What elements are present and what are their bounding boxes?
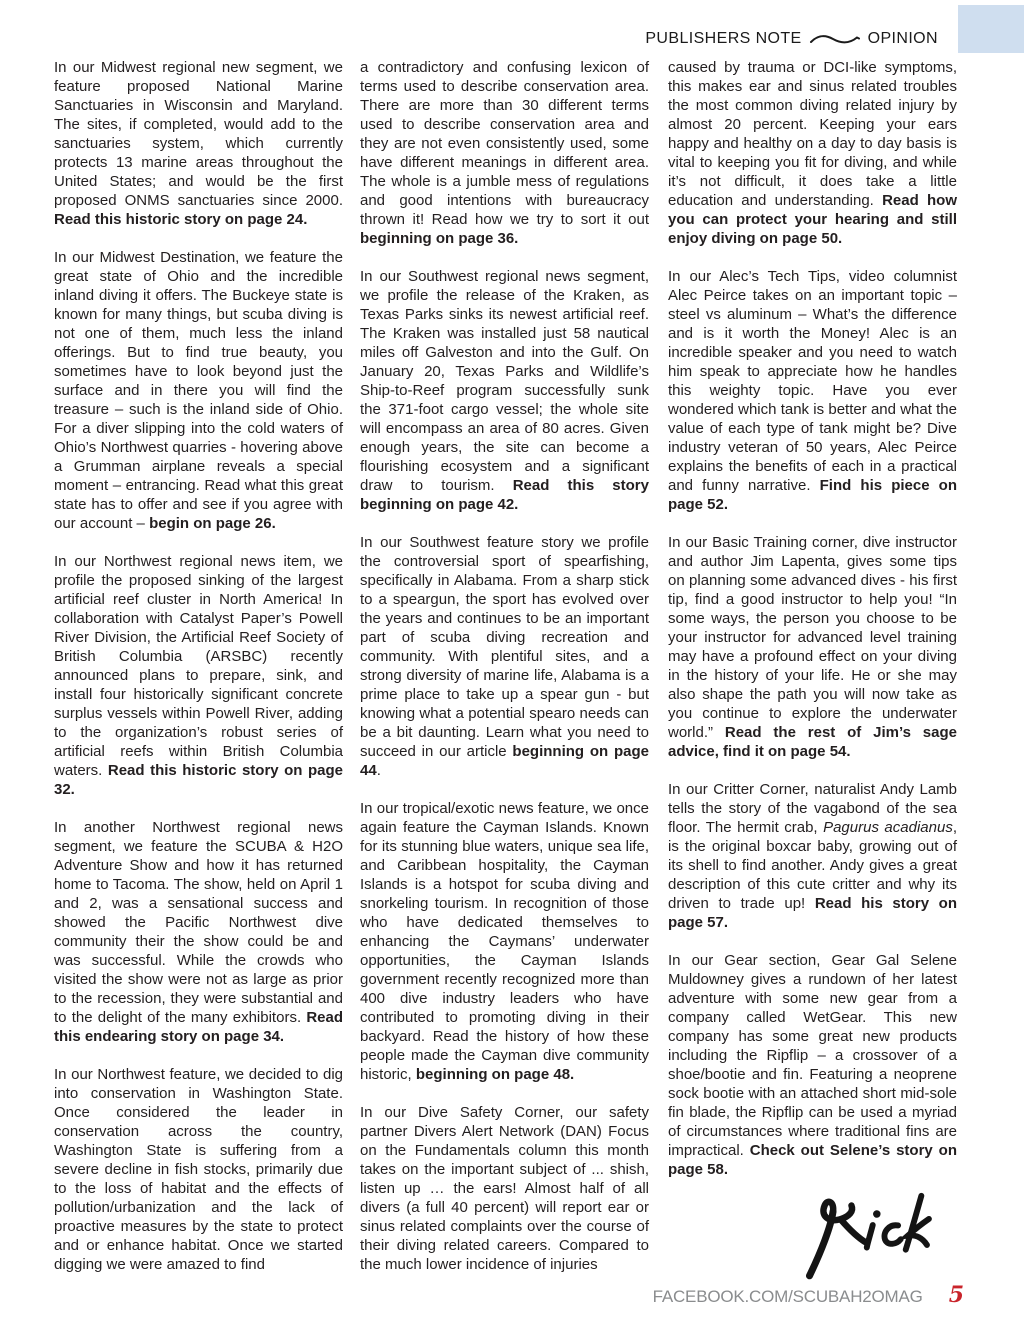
body-text: In our Midwest Destination, we feature t… xyxy=(54,249,343,532)
body-text: In our Northwest regional news item, we … xyxy=(54,553,343,779)
swash-tilde-icon xyxy=(809,33,861,46)
page-number: 5 xyxy=(949,1282,964,1308)
page-reference-text: beginning on page 36. xyxy=(360,230,518,247)
paragraph: In our Southwest feature story we profil… xyxy=(360,533,649,780)
magazine-page: PUBLISHERS NOTE OPINION In our Midwest r… xyxy=(0,0,1024,1330)
corner-accent-block xyxy=(958,5,1024,53)
body-text: In our Dive Safety Corner, our safety pa… xyxy=(360,1104,649,1273)
body-text: In our Basic Training corner, dive instr… xyxy=(668,534,957,741)
paragraph: In our Southwest regional news segment, … xyxy=(360,267,649,514)
paragraph: In our Alec’s Tech Tips, video columnist… xyxy=(668,267,957,514)
paragraph: In our tropical/exotic news feature, we … xyxy=(360,799,649,1084)
page-footer: FACEBOOK.COM/SCUBAH2OMAG 5 xyxy=(653,1282,964,1308)
paragraph: In our Basic Training corner, dive instr… xyxy=(668,533,957,761)
paragraph: a contradictory and confusing lexicon of… xyxy=(360,58,649,248)
page-reference-text: beginning on page 48. xyxy=(416,1066,574,1083)
body-text: Pagurus acadianus xyxy=(823,819,953,836)
page-reference-text: begin on page 26. xyxy=(149,515,276,532)
body-text: caused by trauma or DCI-like symptoms, t… xyxy=(668,59,957,209)
text-column-2: a contradictory and confusing lexicon of… xyxy=(360,58,649,1293)
body-text: In our tropical/exotic news feature, we … xyxy=(360,800,649,1083)
paragraph: In our Dive Safety Corner, our safety pa… xyxy=(360,1103,649,1274)
body-text: In our Midwest regional new segment, we … xyxy=(54,59,343,209)
header-section-publishers-note: PUBLISHERS NOTE xyxy=(645,30,801,48)
paragraph: In our Midwest regional new segment, we … xyxy=(54,58,343,229)
paragraph: In our Northwest feature, we decided to … xyxy=(54,1065,343,1274)
body-text: In our Gear section, Gear Gal Selene Mul… xyxy=(668,952,957,1159)
body-text: In our Southwest regional news segment, … xyxy=(360,268,649,494)
paragraph: In our Critter Corner, naturalist Andy L… xyxy=(668,780,957,932)
body-text: In our Southwest feature story we profil… xyxy=(360,534,649,760)
signature-rick xyxy=(789,1184,967,1293)
text-column-3: caused by trauma or DCI-like symptoms, t… xyxy=(668,58,957,1198)
paragraph: In our Northwest regional news item, we … xyxy=(54,552,343,799)
header-section-opinion: OPINION xyxy=(868,30,938,48)
body-text: In our Northwest feature, we decided to … xyxy=(54,1066,343,1273)
body-text: In another Northwest regional news segme… xyxy=(54,819,343,1026)
body-text: a contradictory and confusing lexicon of… xyxy=(360,59,649,228)
paragraph: In our Midwest Destination, we feature t… xyxy=(54,248,343,533)
paragraph: In another Northwest regional news segme… xyxy=(54,818,343,1046)
page-header: PUBLISHERS NOTE OPINION xyxy=(645,30,938,48)
text-column-1: In our Midwest regional new segment, we … xyxy=(54,58,343,1293)
paragraph: caused by trauma or DCI-like symptoms, t… xyxy=(668,58,957,248)
body-text: In our Alec’s Tech Tips, video columnist… xyxy=(668,268,957,494)
facebook-url: FACEBOOK.COM/SCUBAH2OMAG xyxy=(653,1287,923,1307)
body-text: . xyxy=(377,762,381,779)
page-reference-text: Read this historic story on page 24. xyxy=(54,211,307,228)
paragraph: In our Gear section, Gear Gal Selene Mul… xyxy=(668,951,957,1179)
